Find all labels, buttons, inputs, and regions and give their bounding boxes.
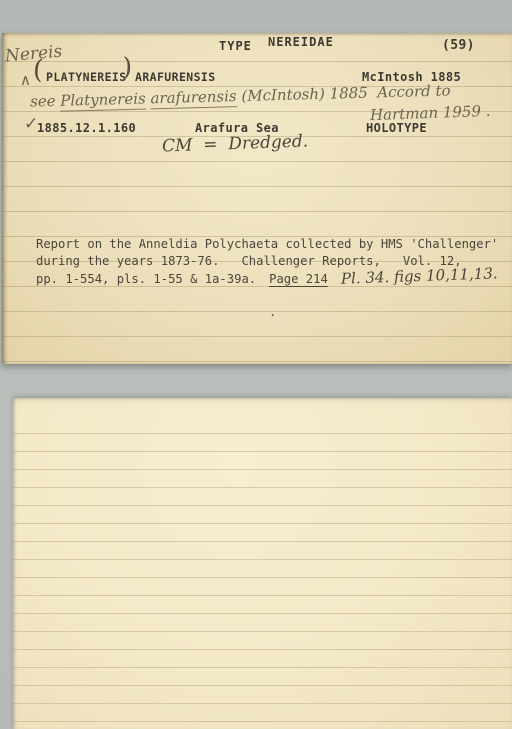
type-status: HOLOTYPE (366, 121, 427, 135)
handwritten-collection-method: CM = Dredged. (162, 131, 309, 156)
reference-line1: Report on the Anneldia Polychaeta collec… (36, 236, 498, 253)
specimen-card: TYPE NEREIDAE (59) Nereis ∧ ( PLATYNEREI… (2, 33, 512, 364)
family-name: NEREIDAE (268, 35, 334, 49)
page-reference: Page 214 (269, 272, 328, 286)
caret-mark: ∧ (20, 71, 31, 89)
synonymy-rest: (McIntosh) 1885 Accord to (241, 81, 451, 104)
genus-name: PLATYNEREIS (46, 70, 127, 84)
card-number: (59) (442, 38, 475, 53)
synonymy-species: arafurensis (150, 87, 237, 109)
blank-index-card (13, 398, 512, 729)
synonymy-genus: Platynereis (60, 89, 146, 111)
ruled-lines (13, 416, 512, 729)
species-name: ARAFURENSIS (135, 70, 216, 84)
reference-citation: Report on the Anneldia Polychaeta collec… (36, 236, 498, 288)
handwritten-paren-open: ( (32, 55, 44, 86)
synonymy-see: see (30, 92, 56, 111)
reference-line3: pp. 1-554, pls. 1-55 & 1a-39a. (36, 271, 256, 288)
stray-mark: . (269, 305, 276, 319)
scanned-index-cards: TYPE NEREIDAE (59) Nereis ∧ ( PLATYNEREI… (0, 0, 512, 729)
type-label: TYPE (219, 39, 252, 53)
handwritten-paren-close: ) (121, 53, 133, 83)
registration-number: 1885.12.1.160 (37, 121, 136, 135)
